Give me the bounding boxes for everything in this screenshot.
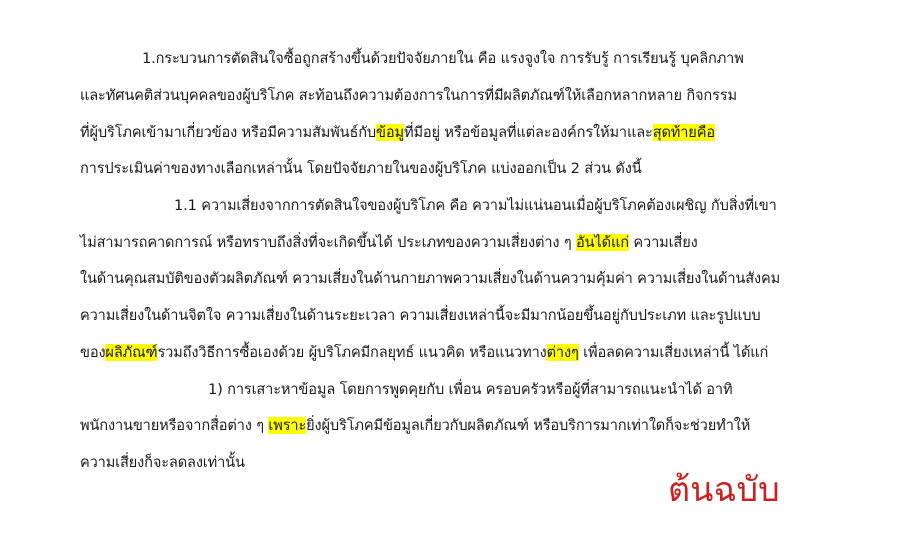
- text-run: การประเมินค่าของทางเลือกเหล่านั้น โดยปัจ…: [80, 160, 642, 177]
- paragraph-2-line-1: 1.1 ความเสี่ยงจากการตัดสินใจของผู้บริโภค…: [174, 191, 777, 221]
- text-run: ที่ผู้บริโภคเข้ามาเกี่ยวข้อง หรือมีความส…: [80, 124, 376, 141]
- original-stamp-label: ต้นฉบับ: [668, 468, 780, 512]
- text-run: ที่มีอยู่ หรือข้อมูลที่แต่ละองค์กรให้มาแ…: [404, 124, 653, 141]
- text-run: ไม่สามารถคาดการณ์ หรือทราบถึงสิ่งที่จะเก…: [80, 234, 576, 251]
- text-run: 1.กระบวนการตัดสินใจซื้อถูกสร้างขึ้นด้วยป…: [142, 50, 744, 67]
- highlight-khomu: ข้อมู: [376, 124, 404, 141]
- text-run: ความเสี่ยงในด้านจิตใจ ความเสี่ยงในด้านระ…: [80, 307, 761, 324]
- text-run: ความเสี่ยงก็จะลดลงเท่านั้น: [80, 454, 245, 471]
- paragraph-3-line-3: ความเสี่ยงก็จะลดลงเท่านั้น: [80, 448, 245, 478]
- highlight-phalipan: ผลิภัณฑ์: [105, 344, 157, 361]
- paragraph-2-line-5: ของผลิภัณฑ์รวมถึงวิธีการซื้อเองด้วย ผู้บ…: [80, 338, 768, 368]
- text-run: 1) การเสาะหาข้อมูล โดยการพูดคุยกับ เพื่อ…: [208, 381, 732, 398]
- text-run: เพื่อลดความเสี่ยงเหล่านี้ ได้แก่: [579, 344, 769, 361]
- paragraph-3-line-1: 1) การเสาะหาข้อมูล โดยการพูดคุยกับ เพื่อ…: [208, 375, 732, 405]
- text-run: รวมถึงวิธีการซื้อเองด้วย ผู้บริโภคมีกลยุ…: [157, 344, 546, 361]
- text-run: ของ: [80, 344, 105, 361]
- text-run: ความเสี่ยง: [629, 234, 698, 251]
- highlight-an-dai-kae: อันได้แก่: [576, 234, 629, 251]
- text-run: พนักงานขายหรือจากสื่อต่าง ๆ: [80, 417, 268, 434]
- paragraph-3-line-2: พนักงานขายหรือจากสื่อต่าง ๆ เพราะยิ่งผู้…: [80, 411, 750, 441]
- paragraph-1-line-2: และทัศนคติส่วนบุคคลของผู้บริโภค สะท้อนถึ…: [80, 81, 737, 111]
- paragraph-2-line-4: ความเสี่ยงในด้านจิตใจ ความเสี่ยงในด้านระ…: [80, 301, 761, 331]
- text-run: และทัศนคติส่วนบุคคลของผู้บริโภค สะท้อนถึ…: [80, 87, 737, 104]
- text-run: 1.1 ความเสี่ยงจากการตัดสินใจของผู้บริโภค…: [174, 197, 777, 214]
- text-run: ยิ่งผู้บริโภคมีข้อมูลเกี่ยวกับผลิตภัณฑ์ …: [306, 417, 750, 434]
- paragraph-1-line-4: การประเมินค่าของทางเลือกเหล่านั้น โดยปัจ…: [80, 154, 642, 184]
- paragraph-1-line-3: ที่ผู้บริโภคเข้ามาเกี่ยวข้อง หรือมีความส…: [80, 118, 715, 148]
- paragraph-1-line-1: 1.กระบวนการตัดสินใจซื้อถูกสร้างขึ้นด้วยป…: [142, 44, 744, 74]
- paragraph-2-line-3: ในด้านคุณสมบัติของตัวผลิตภัณฑ์ ความเสี่ย…: [80, 264, 780, 294]
- highlight-tang-tang: ต่างๆ: [547, 344, 579, 361]
- paragraph-2-line-2: ไม่สามารถคาดการณ์ หรือทราบถึงสิ่งที่จะเก…: [80, 228, 698, 258]
- highlight-sudthai-khue: สุดท้ายคือ: [653, 124, 715, 141]
- text-run: ในด้านคุณสมบัติของตัวผลิตภัณฑ์ ความเสี่ย…: [80, 270, 780, 287]
- highlight-phro: เพราะ: [268, 417, 306, 434]
